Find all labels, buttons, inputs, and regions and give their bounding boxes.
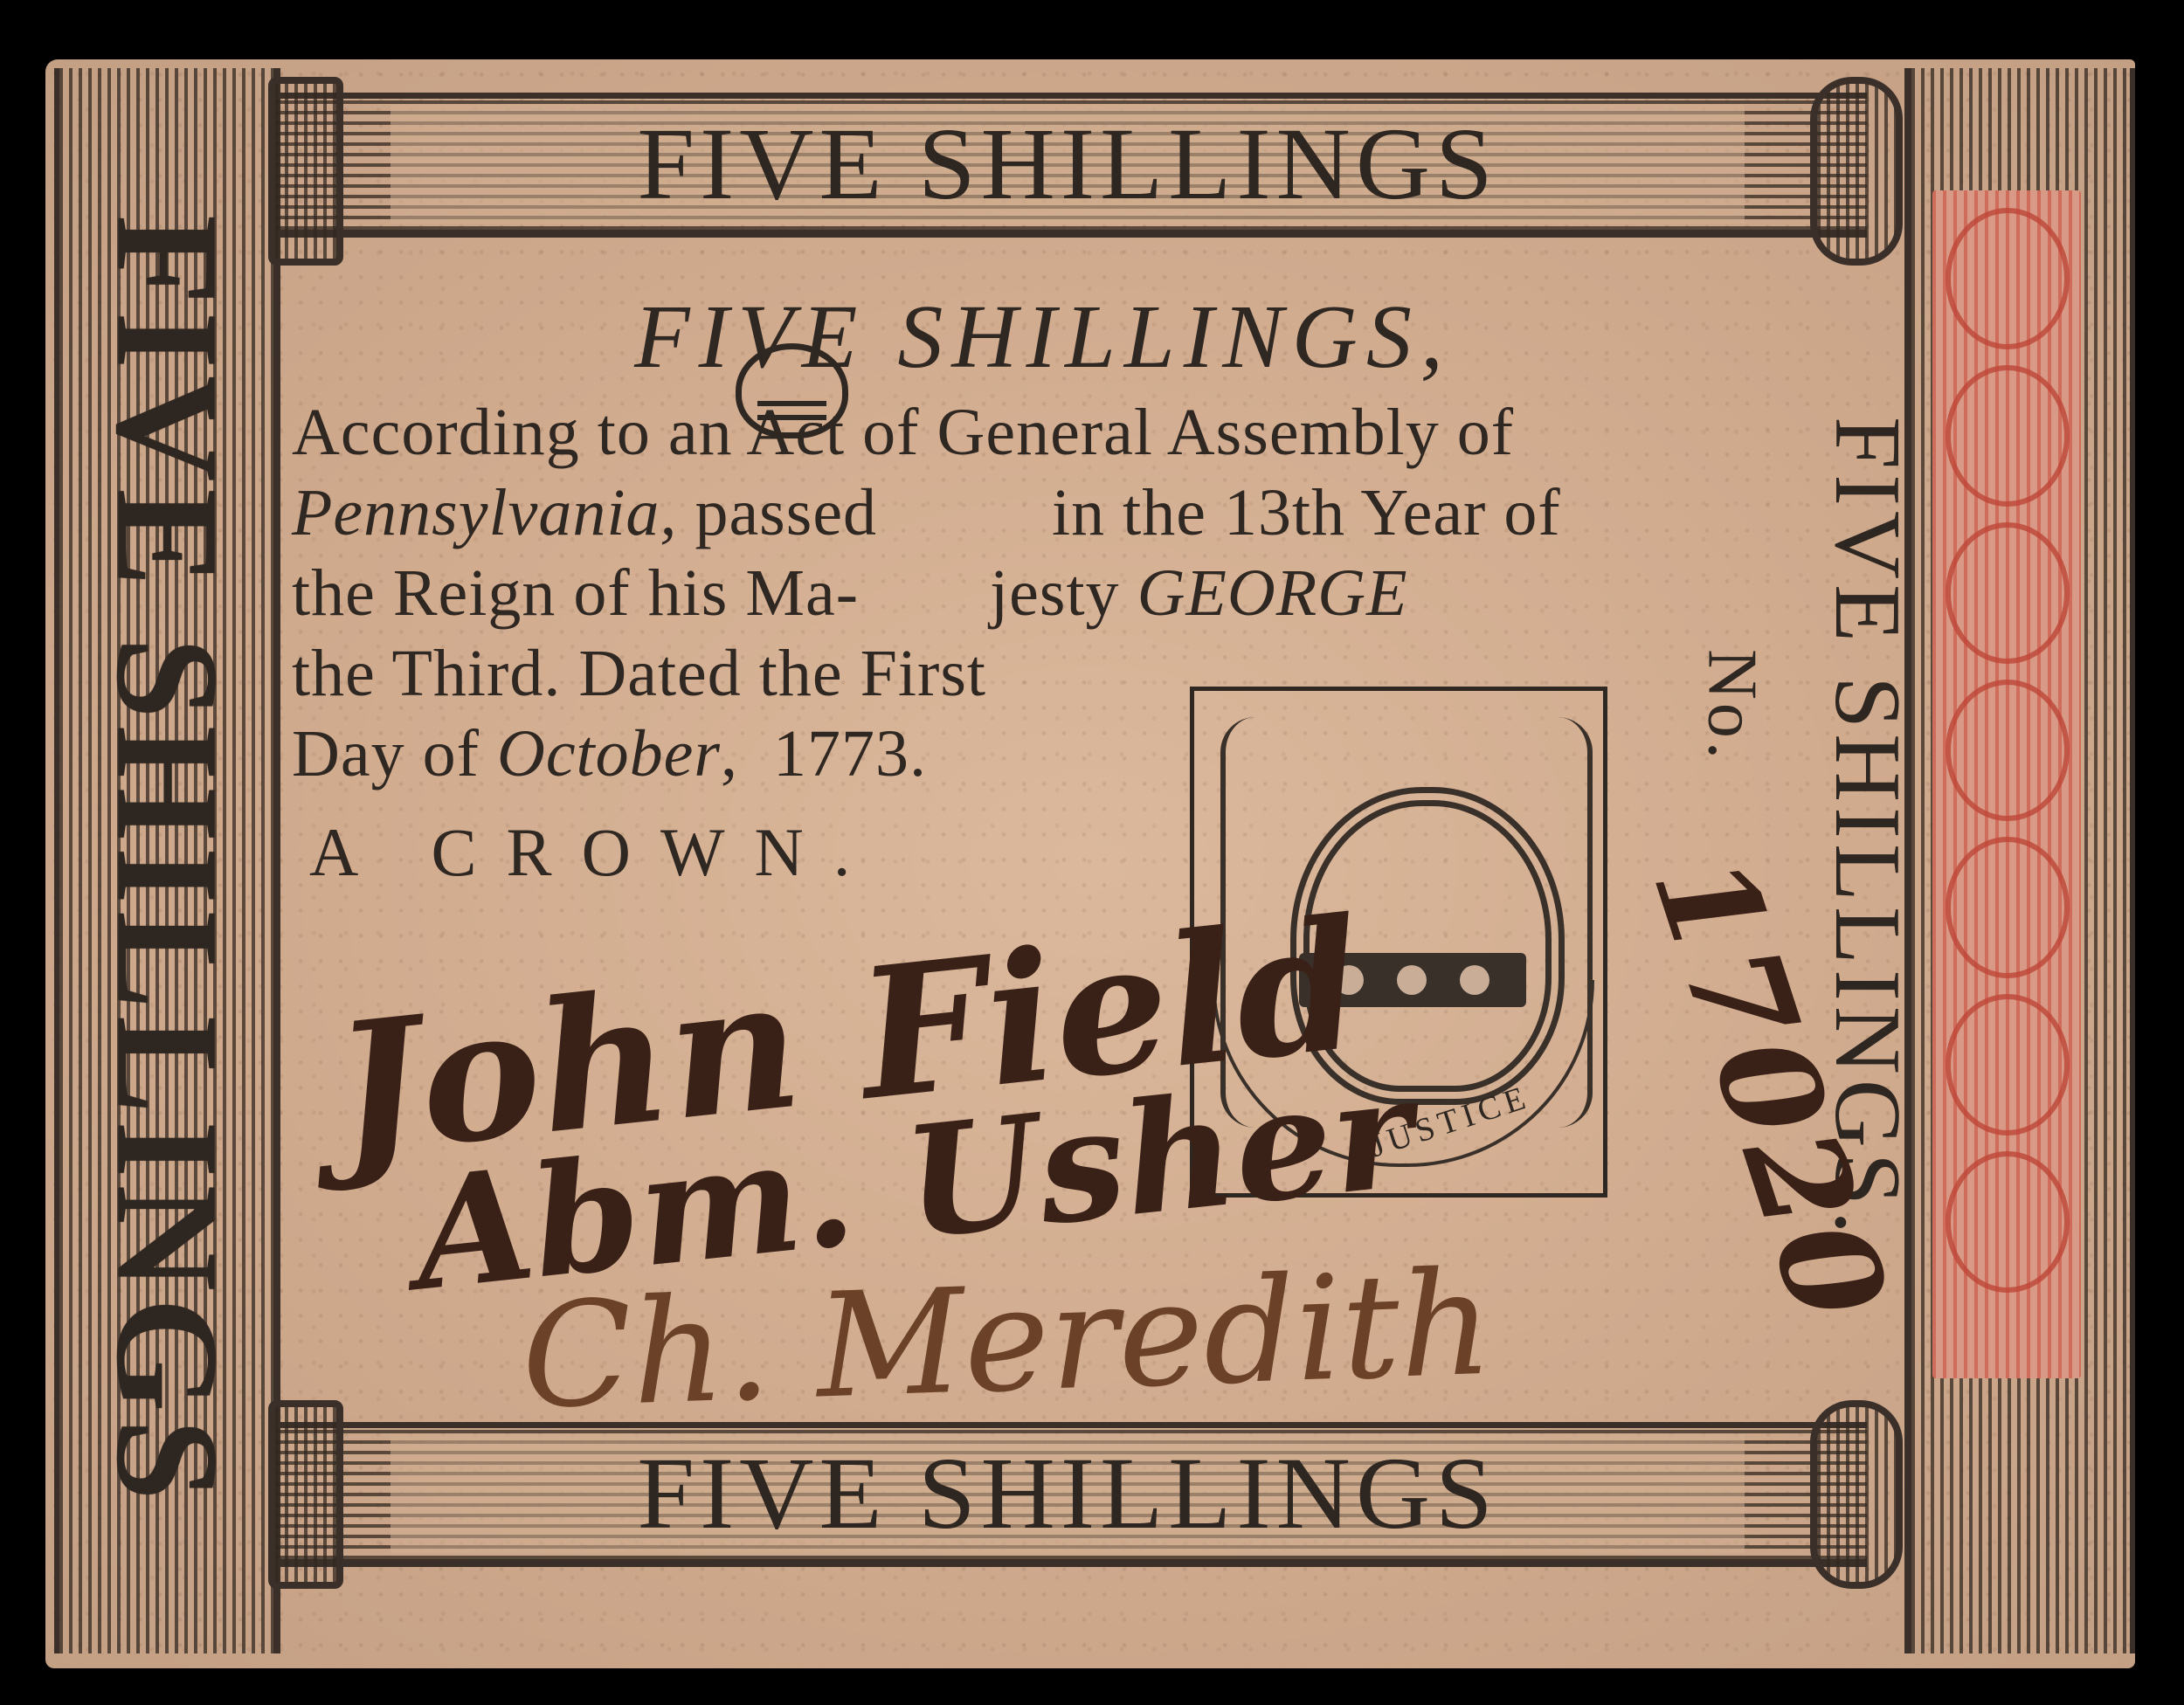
- scroll-ornament-icon: [268, 77, 343, 266]
- scroll-ornament-icon: [1810, 1400, 1903, 1589]
- signature-3: Ch. Meredith: [519, 1239, 1496, 1441]
- banknote: FIVE SHILLINGS FIVE SHILLINGS FIVE SHILL…: [45, 59, 2135, 1668]
- bottom-banner-text: FIVE SHILLINGS: [390, 1434, 1745, 1553]
- red-scroll-ornament-icon: [1932, 190, 2081, 1378]
- left-border-legend: FIVE SHILLINGS: [82, 215, 251, 1508]
- top-banner-text: FIVE SHILLINGS: [390, 105, 1745, 224]
- serial-label: No.: [1692, 649, 1772, 763]
- province-name: Pennsylvania,: [292, 476, 677, 549]
- body-line-3: the Reign of his Ma-jesty GEORGE: [292, 553, 1794, 633]
- body-line-1: According to an Act of General Assembly …: [292, 392, 1794, 473]
- top-banner: FIVE SHILLINGS: [268, 93, 1867, 238]
- body-line-2: Pennsylvania, passed in the 13th Year of: [292, 473, 1794, 553]
- month-name: October: [497, 717, 721, 790]
- scroll-ornament-icon: [268, 1400, 343, 1589]
- crown-icon: [736, 343, 848, 438]
- scroll-ornament-icon: [1810, 77, 1903, 266]
- left-border-band: FIVE SHILLINGS: [54, 68, 280, 1653]
- note-title: FIVE SHILLINGS,: [292, 285, 1794, 389]
- bottom-banner: FIVE SHILLINGS: [268, 1422, 1867, 1567]
- king-name: GEORGE: [1137, 556, 1408, 630]
